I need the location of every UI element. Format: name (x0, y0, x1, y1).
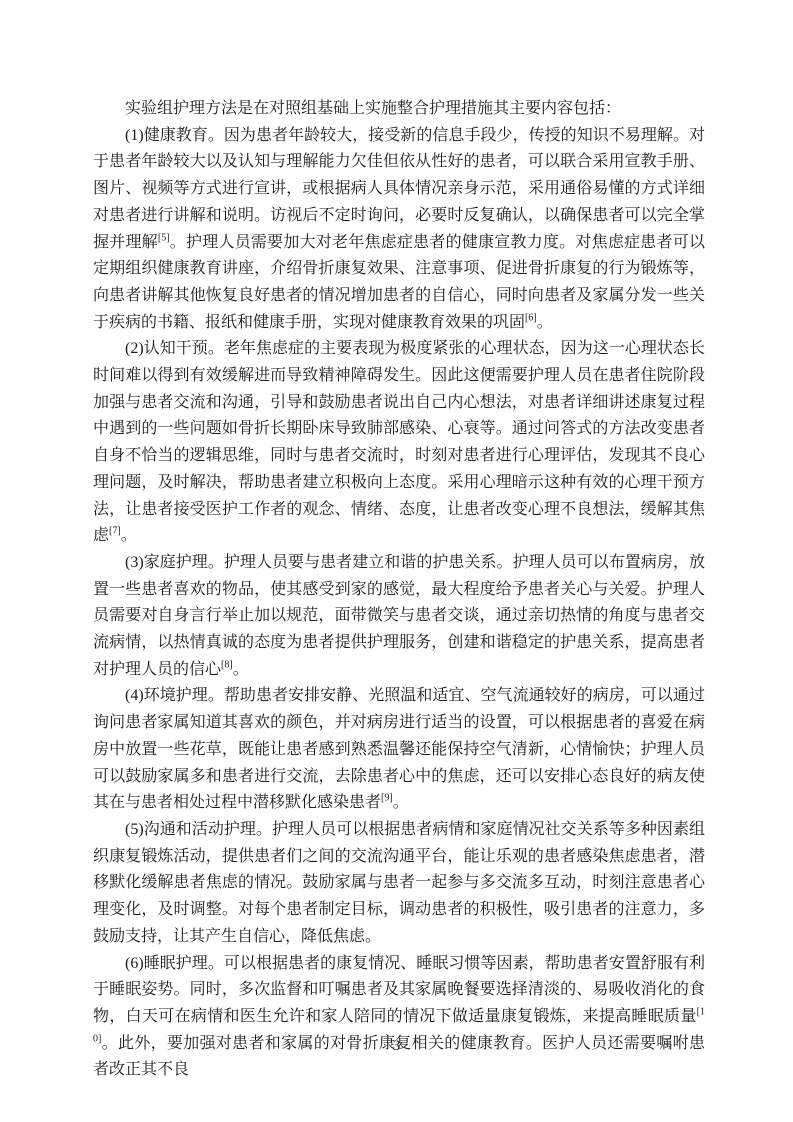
paragraph-7: (6)睡眠护理。可以根据患者的康复情况、睡眠习惯等因素，帮助患者安置舒服有利于睡… (93, 951, 705, 1085)
paragraph-text: 。 (121, 527, 137, 544)
paragraph-5: (4)环境护理。帮助患者安排安静、光照温和适宜、空气流通较好的病房，可以通过询问… (93, 683, 705, 817)
paragraph-text: (5)沟通和活动护理。护理人员可以根据患者病情和家庭情况社交关系等多种因素组织康… (93, 821, 705, 945)
paragraph-text: (1)健康教育。因为患者年龄较大，接受新的信息手段少，传授的知识不易理解。对于患… (93, 127, 705, 251)
paragraph-2: (1)健康教育。因为患者年龄较大，接受新的信息手段少，传授的知识不易理解。对于患… (93, 123, 705, 337)
citation-ref: [8] (221, 659, 233, 670)
page-number: 3 (0, 1038, 793, 1055)
paragraph-text: (3)家庭护理。护理人员要与患者建立和谐的护患关系。护理人员可以布置病房，放置一… (93, 554, 705, 678)
paragraph-1: 实验组护理方法是在对照组基础上实施整合护理措施其主要内容包括： (93, 96, 705, 123)
citation-ref: [6] (525, 312, 537, 323)
paragraph-text: (4)环境护理。帮助患者安排安静、光照温和适宜、空气流通较好的病房，可以通过询问… (93, 687, 705, 811)
document-body: 实验组护理方法是在对照组基础上实施整合护理措施其主要内容包括：(1)健康教育。因… (93, 96, 705, 1084)
paragraph-text: (6)睡眠护理。可以根据患者的康复情况、睡眠习惯等因素，帮助患者安置舒服有利于睡… (93, 955, 705, 1025)
paragraph-text: (2)认知干预。老年焦虑症的主要表现为极度紧张的心理状态，因为这一心理状态长时间… (93, 340, 705, 544)
paragraph-text: 。护理人员需要加大对老年焦虑症患者的健康宣教力度。对焦虑症患者可以定期组织健康教… (93, 234, 705, 331)
paragraph-text: 。 (537, 314, 553, 331)
paragraph-4: (3)家庭护理。护理人员要与患者建立和谐的护患关系。护理人员可以布置病房，放置一… (93, 550, 705, 684)
paragraph-3: (2)认知干预。老年焦虑症的主要表现为极度紧张的心理状态，因为这一心理状态长时间… (93, 336, 705, 550)
citation-ref: [9] (381, 793, 393, 804)
paragraph-text: 。 (233, 661, 249, 678)
paragraph-text: 实验组护理方法是在对照组基础上实施整合护理措施其主要内容包括： (125, 100, 621, 117)
citation-ref: [7] (109, 526, 121, 537)
paragraph-text: 。 (393, 794, 409, 811)
document-page: 实验组护理方法是在对照组基础上实施整合护理措施其主要内容包括：(1)健康教育。因… (0, 0, 793, 1122)
citation-ref: [5] (158, 232, 170, 243)
paragraph-6: (5)沟通和活动护理。护理人员可以根据患者病情和家庭情况社交关系等多种因素组织康… (93, 817, 705, 951)
